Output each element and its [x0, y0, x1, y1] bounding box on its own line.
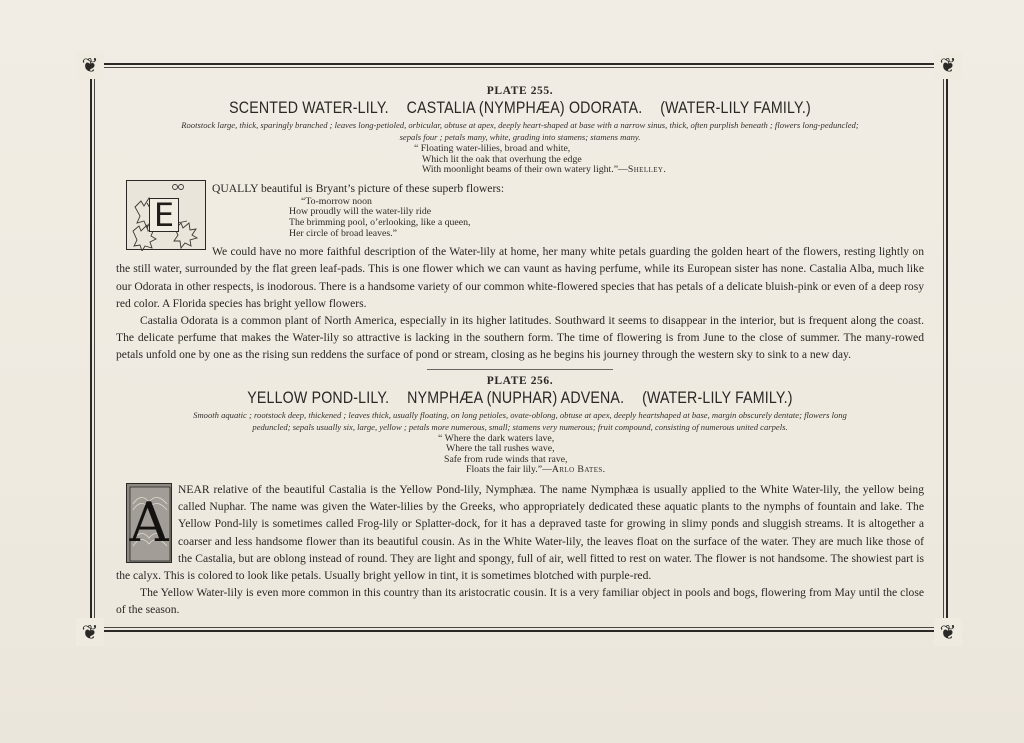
scientific-name: CASTALIA (NYMPHÆA) ODORATA. [407, 99, 643, 117]
plate-label: PLATE 256. [116, 374, 924, 388]
botanical-line: peduncled; sepals usually six, large, ye… [126, 421, 914, 433]
epigraph-line: With moonlight beams of their own watery… [414, 165, 924, 176]
botanical-line: Smooth aquatic ; rootstock deep, thicken… [126, 409, 914, 421]
epigraph-text: With moonlight beams of their own watery… [422, 164, 628, 175]
poem-line: Her circle of broad leaves.” [289, 229, 924, 240]
inline-poem: “To-morrow noon How proudly will the wat… [289, 197, 924, 239]
plate-title: SCENTED WATER-LILY. CASTALIA (NYMPHÆA) O… [173, 98, 868, 118]
epigraph-author: Shelley. [628, 164, 666, 175]
scientific-name: NYMPHÆA (NUPHAR) ADVENA. [407, 389, 624, 407]
plate-title: YELLOW POND-LILY. NYMPHÆA (NUPHAR) ADVEN… [173, 388, 868, 408]
botanical-description: Rootstock large, thick, sparingly branch… [116, 118, 924, 143]
poem-line: The brimming pool, o’erlooking, like a q… [289, 218, 924, 229]
corner-flourish-icon: ❦ [934, 51, 962, 79]
plate-label: PLATE 255. [116, 84, 924, 98]
book-page: ❦ ❦ ❦ ❦ PLATE 255. SCENTED WATER-LILY. C… [0, 0, 1024, 743]
body-paragraph: We could have no more faithful descripti… [116, 243, 924, 312]
epigraph-line: Floats the fair lily.”—Arlo Bates. [438, 465, 924, 476]
epigraph: “ Floating water-lilies, broad and white… [414, 144, 924, 176]
botanical-description: Smooth aquatic ; rootstock deep, thicken… [116, 408, 924, 433]
opening-line: QUALLY beautiful is Bryant’s picture of … [116, 180, 924, 197]
corner-flourish-icon: ❦ [934, 618, 962, 646]
plate-256-body: A NEAR relative of the beautiful Castali… [116, 481, 924, 619]
botanical-line: sepals four ; petals many, white, gradin… [126, 131, 914, 143]
common-name: SCENTED WATER-LILY. [229, 99, 389, 117]
section-divider [427, 369, 613, 370]
plate-255-body: E QUALLY beautiful is Bryant’s picture o… [116, 180, 924, 364]
family-name: (WATER-LILY FAMILY.) [660, 99, 811, 117]
epigraph: “ Where the dark waters lave, Where the … [438, 434, 924, 476]
botanical-line: Rootstock large, thick, sparingly branch… [126, 119, 914, 131]
dropcap-letter: E [149, 198, 179, 232]
epigraph-text: Floats the fair lily.”— [466, 464, 552, 475]
dropcap-letter: A [130, 496, 169, 550]
corner-flourish-icon: ❦ [76, 618, 104, 646]
body-paragraph: The Yellow Water-lily is even more commo… [116, 584, 924, 618]
body-paragraph: Castalia Odorata is a common plant of No… [116, 312, 924, 364]
dropcap-a-ornament: A [126, 483, 172, 563]
epigraph-author: Arlo Bates. [552, 464, 606, 475]
plate-255-section: PLATE 255. SCENTED WATER-LILY. CASTALIA … [116, 84, 924, 364]
page-content: PLATE 255. SCENTED WATER-LILY. CASTALIA … [116, 84, 924, 619]
common-name: YELLOW POND-LILY. [247, 389, 389, 407]
plate-256-section: PLATE 256. YELLOW POND-LILY. NYMPHÆA (NU… [116, 374, 924, 619]
corner-flourish-icon: ❦ [76, 51, 104, 79]
family-name: (WATER-LILY FAMILY.) [642, 389, 793, 407]
body-paragraph: NEAR relative of the beautiful Castalia … [116, 481, 924, 584]
epigraph-line: “ Floating water-lilies, broad and white… [414, 144, 924, 155]
dropcap-e-leaf-ornament: E [126, 180, 206, 250]
